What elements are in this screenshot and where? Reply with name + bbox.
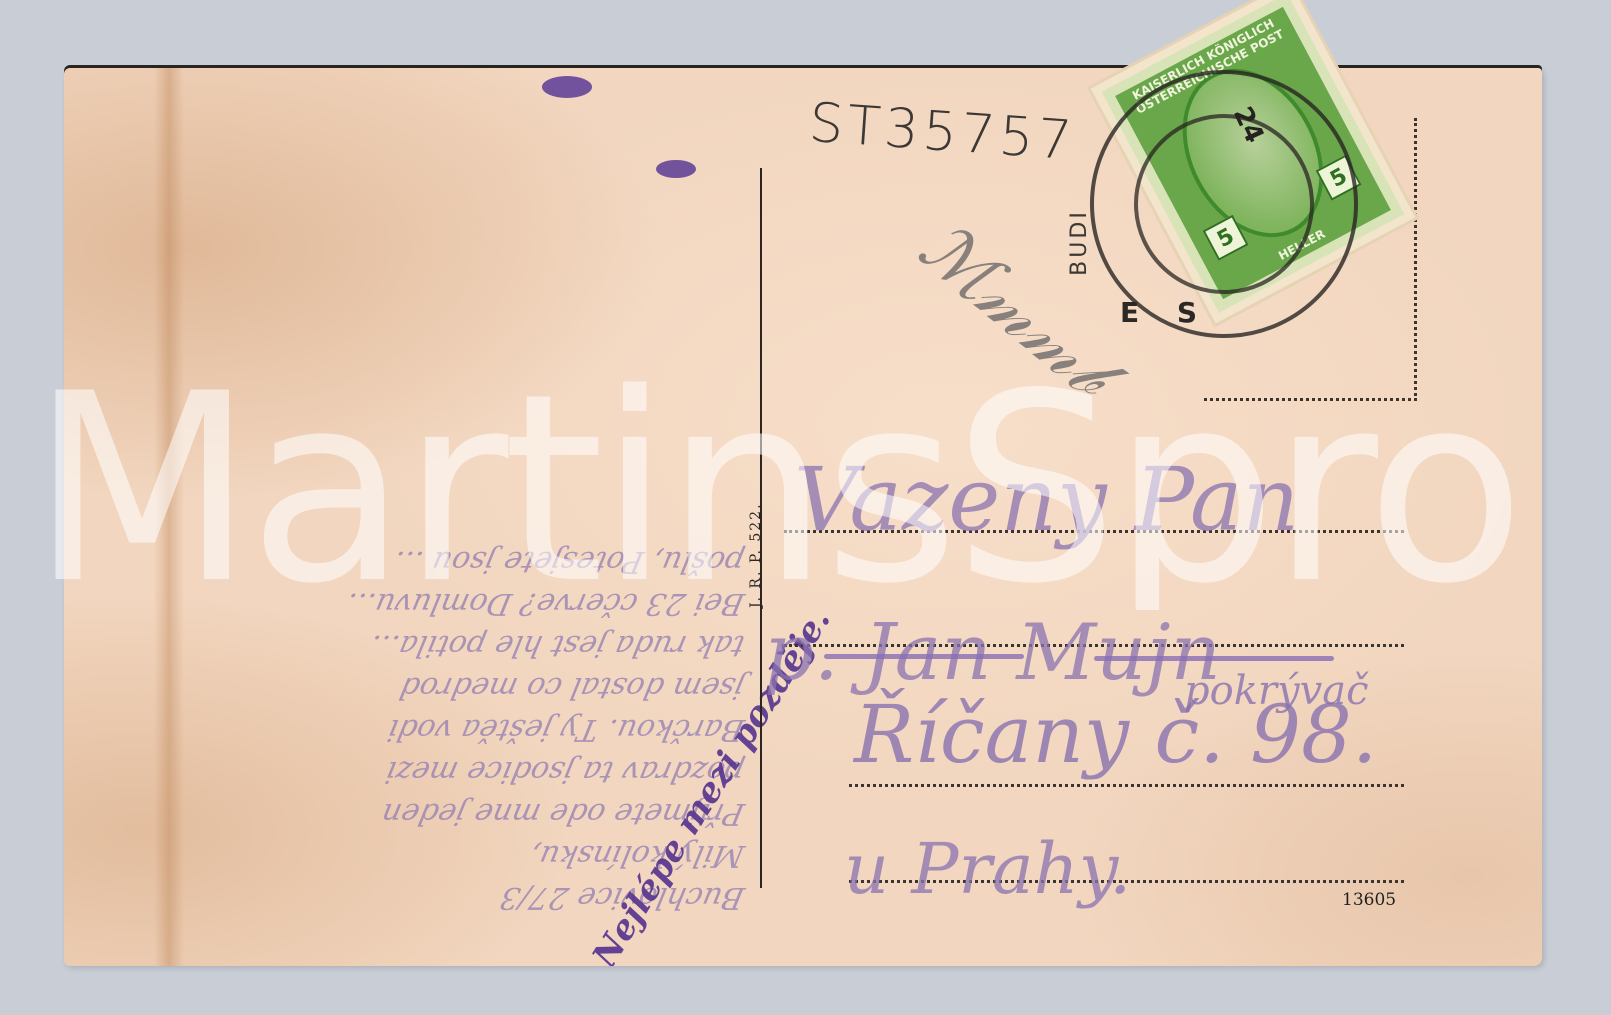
- message-line: Barčkou. Ty ještěa vodi: [90, 708, 749, 750]
- ink-blot: [656, 160, 696, 178]
- handwritten-message: Buchlovice 27/3 Milý kolínsku, Přijmete …: [94, 88, 744, 918]
- serial-number: 13605: [1342, 890, 1396, 910]
- message-line: Bei 23 cčerve? Domluvu...: [90, 582, 749, 624]
- ink-blot: [542, 76, 592, 98]
- message-line: pozdrav ta jsodice mezi: [90, 750, 749, 792]
- name-underline: [824, 654, 1024, 659]
- message-line: jsem dostal co medrod: [90, 666, 749, 708]
- publisher-imprint: J. R. P. 522.: [748, 468, 768, 608]
- address-region: u Prahy.: [844, 828, 1131, 910]
- address-salutation: Vazeny Pan: [794, 448, 1299, 551]
- address-town: Říčany č. 98.: [854, 688, 1377, 781]
- address-name: p. Jan Mujn: [764, 608, 1221, 698]
- postmark-town: BUDI: [1067, 209, 1092, 276]
- message-line: tak ruda jest hle potila...: [90, 624, 749, 666]
- postmark-code: E S: [1120, 296, 1211, 329]
- inventory-number: ST35757: [807, 91, 1078, 172]
- name-underline: [1094, 656, 1334, 661]
- publisher-imprint-text: J. R. P. 522.: [748, 502, 764, 608]
- message-line: Přijmete ode mne jeden: [90, 792, 749, 834]
- message-line: pošlu, Potesjete jsou ...: [90, 540, 749, 582]
- address-line-3-rule: [849, 784, 1404, 787]
